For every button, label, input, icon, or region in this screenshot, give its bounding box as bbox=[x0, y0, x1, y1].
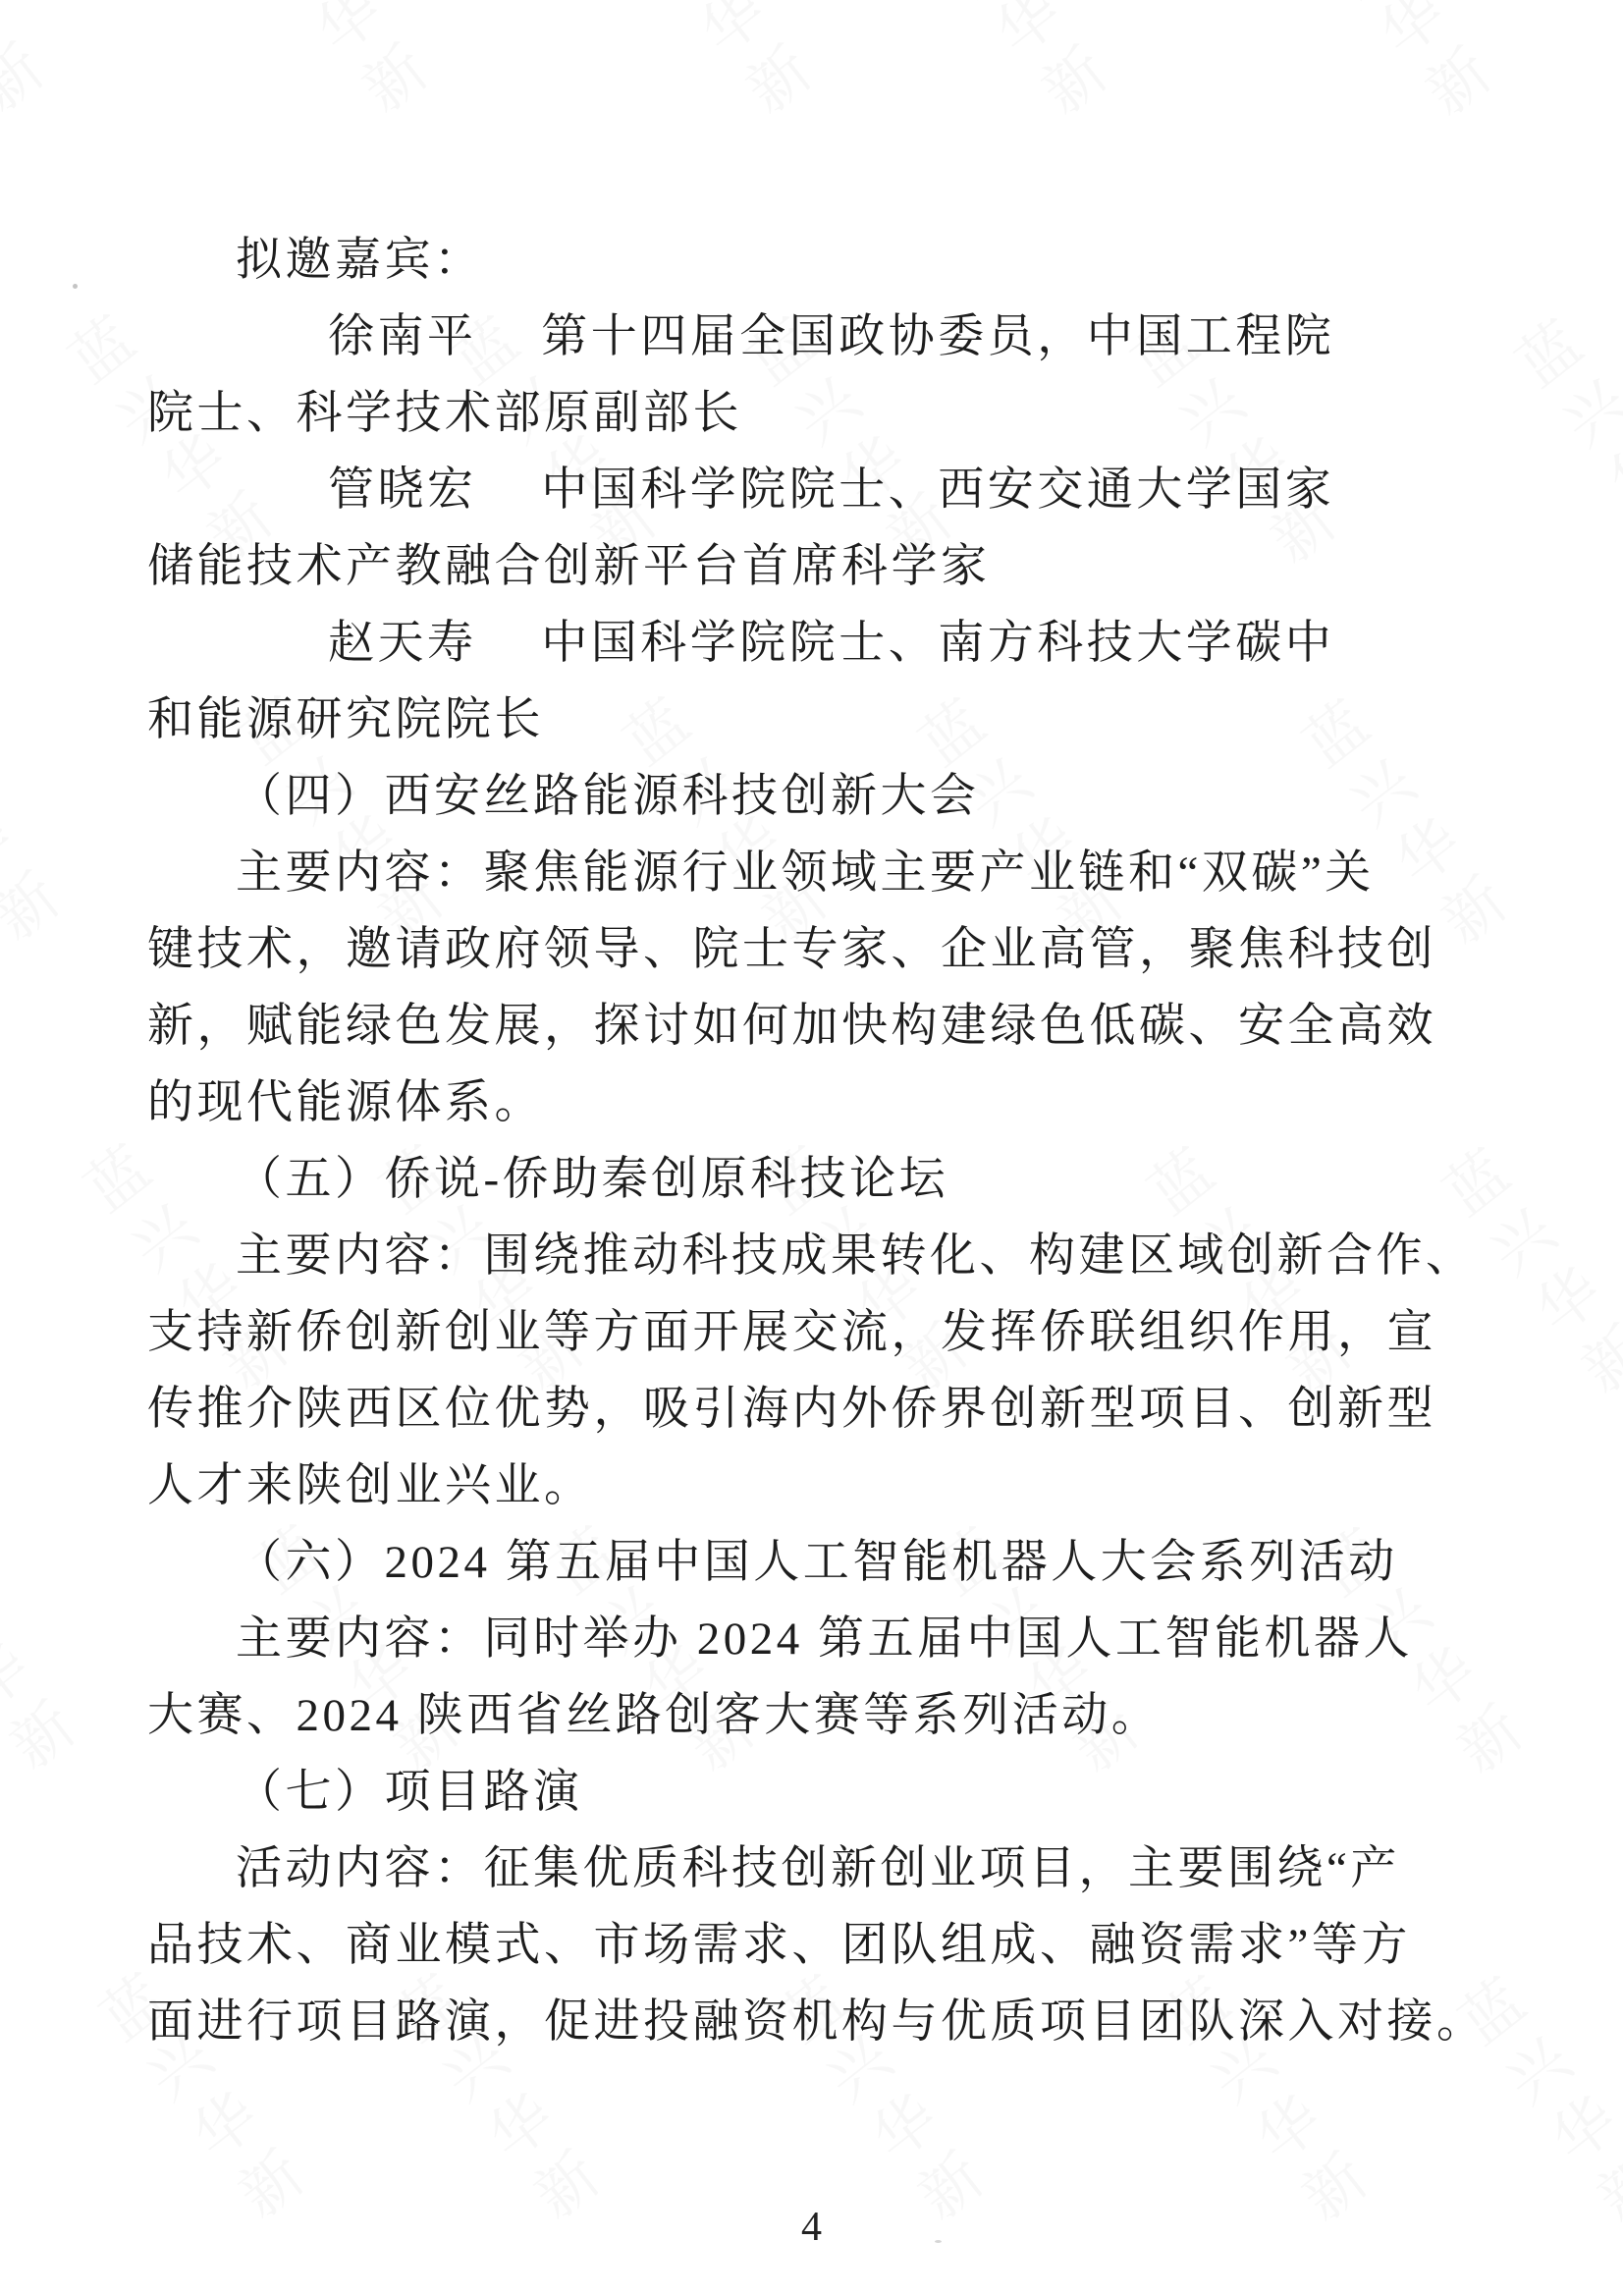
text-line: （五）侨说-侨助秦创原科技论坛 bbox=[147, 1141, 1476, 1218]
document-page: 蓝兴华新蓝兴华新蓝兴华新蓝兴华新蓝兴华新蓝兴华新蓝兴华新蓝兴华新蓝兴华新蓝兴华新… bbox=[0, 0, 1623, 2296]
text-line: 徐南平 第十四届全国政协委员，中国工程院 bbox=[147, 299, 1476, 375]
text-line: 主要内容：聚焦能源行业领域主要产业链和“双碳”关 bbox=[147, 835, 1476, 911]
text-line: 活动内容：征集优质科技创新创业项目，主要围绕“产 bbox=[147, 1831, 1476, 1907]
text-line: （四）西安丝路能源科技创新大会 bbox=[147, 758, 1476, 835]
text-line: 大赛、2024 陕西省丝路创客大赛等系列活动。 bbox=[147, 1677, 1476, 1754]
text-line: 面进行项目路演，促进投融资机构与优质项目团队深入对接。 bbox=[147, 1984, 1476, 2060]
page-number: 4 bbox=[801, 2205, 822, 2250]
document-body: 拟邀嘉宾：徐南平 第十四届全国政协委员，中国工程院院士、科学技术部原副部长管晓宏… bbox=[0, 0, 1623, 2060]
text-line: 赵天寿 中国科学院院士、南方科技大学碳中 bbox=[147, 605, 1476, 682]
text-line: 和能源研究院院长 bbox=[147, 682, 1476, 758]
text-line: （六）2024 第五届中国人工智能机器人大会系列活动 bbox=[147, 1524, 1476, 1601]
text-line: 支持新侨创新创业等方面开展交流，发挥侨联组织作用，宣 bbox=[147, 1294, 1476, 1371]
text-line: 人才来陕创业兴业。 bbox=[147, 1448, 1476, 1524]
text-line: 品技术、商业模式、市场需求、团队组成、融资需求”等方 bbox=[147, 1907, 1476, 1984]
text-line: 主要内容：围绕推动科技成果转化、构建区域创新合作、 bbox=[147, 1218, 1476, 1294]
page-footer: 4 bbox=[0, 2204, 1623, 2251]
text-line: 传推介陕西区位优势，吸引海内外侨界创新型项目、创新型 bbox=[147, 1371, 1476, 1448]
text-line: （七）项目路演 bbox=[147, 1754, 1476, 1831]
text-line: 新，赋能绿色发展，探讨如何加快构建绿色低碳、安全高效 bbox=[147, 988, 1476, 1065]
text-line: 管晓宏 中国科学院院士、西安交通大学国家 bbox=[147, 452, 1476, 528]
text-line: 院士、科学技术部原副部长 bbox=[147, 375, 1476, 452]
text-line: 储能技术产教融合创新平台首席科学家 bbox=[147, 528, 1476, 605]
text-line: 拟邀嘉宾： bbox=[147, 222, 1476, 299]
text-line: 的现代能源体系。 bbox=[147, 1065, 1476, 1141]
text-line: 主要内容：同时举办 2024 第五届中国人工智能机器人 bbox=[147, 1601, 1476, 1677]
text-line: 键技术，邀请政府领导、院士专家、企业高管，聚焦科技创 bbox=[147, 911, 1476, 988]
